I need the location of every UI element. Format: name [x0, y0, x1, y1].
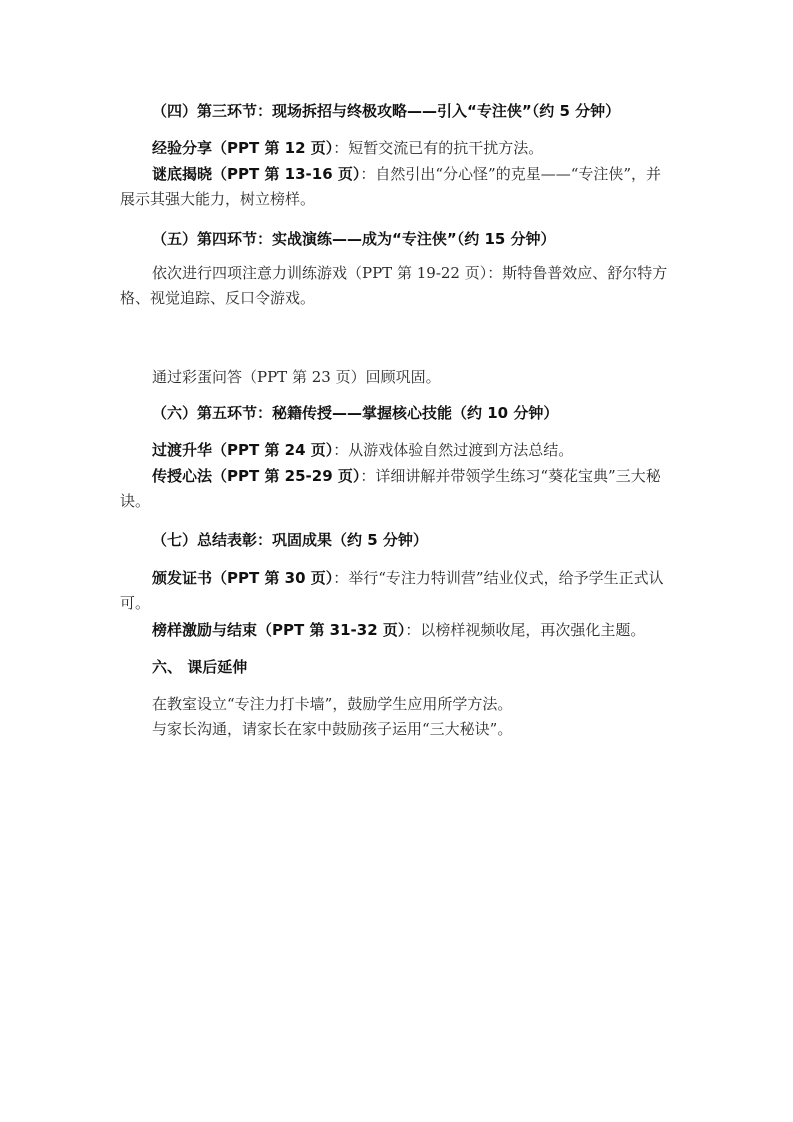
list-item: 榜样激励与结束（PPT 第 31-32 页）：以榜样视频收尾，再次强化主题。: [120, 618, 676, 643]
section-heading-5: （五）第四环节：实战演练——成为“专注侠”（约 15 分钟）: [152, 229, 556, 249]
list-item: 过渡升华（PPT 第 24 页）：从游戏体验自然过渡到方法总结。: [120, 438, 676, 463]
paragraph: 依次进行四项注意力训练游戏（PPT 第 19-22 页）：斯特鲁普效应、舒尔特方…: [120, 261, 676, 311]
item-label: 颁发证书（PPT 第 30 页）: [152, 569, 333, 587]
list-item: 谜底揭晓（PPT 第 13-16 页）：自然引出“分心怪”的克星——“专注侠”，…: [120, 162, 676, 212]
section-heading-4: （四）第三环节：现场拆招与终极攻略——引入“专注侠”（约 5 分钟）: [152, 101, 620, 121]
item-text: ：短暂交流已有的抗干扰方法。: [333, 139, 543, 157]
item-text: ：以榜样视频收尾，再次强化主题。: [405, 621, 645, 639]
paragraph: 通过彩蛋问答（PPT 第 23 页）回顾巩固。: [120, 365, 676, 390]
item-label: 经验分享（PPT 第 12 页）: [152, 139, 333, 157]
item-label: 过渡升华（PPT 第 24 页）: [152, 441, 333, 459]
item-label: 榜样激励与结束（PPT 第 31-32 页）: [152, 621, 405, 639]
list-item: 经验分享（PPT 第 12 页）：短暂交流已有的抗干扰方法。: [120, 136, 676, 161]
section-heading-7: （七）总结表彰：巩固成果（约 5 分钟）: [152, 530, 428, 550]
section-heading-extension: 六、 课后延伸: [152, 657, 247, 677]
paragraph: 与家长沟通，请家长在家中鼓励孩子运用“三大秘诀”。: [152, 719, 512, 739]
list-item: 传授心法（PPT 第 25-29 页）：详细讲解并带领学生练习“葵花宝典”三大秘…: [120, 464, 676, 514]
paragraph: 在教室设立“专注力打卡墙”，鼓励学生应用所学方法。: [152, 694, 512, 714]
section-heading-6: （六）第五环节：秘籍传授——掌握核心技能（约 10 分钟）: [152, 403, 558, 423]
item-label: 谜底揭晓（PPT 第 13-16 页）: [152, 165, 360, 183]
item-text: ：从游戏体验自然过渡到方法总结。: [333, 441, 573, 459]
list-item: 颁发证书（PPT 第 30 页）：举行“专注力特训营”结业仪式，给予学生正式认可…: [120, 566, 676, 616]
item-label: 传授心法（PPT 第 25-29 页）: [152, 467, 360, 485]
